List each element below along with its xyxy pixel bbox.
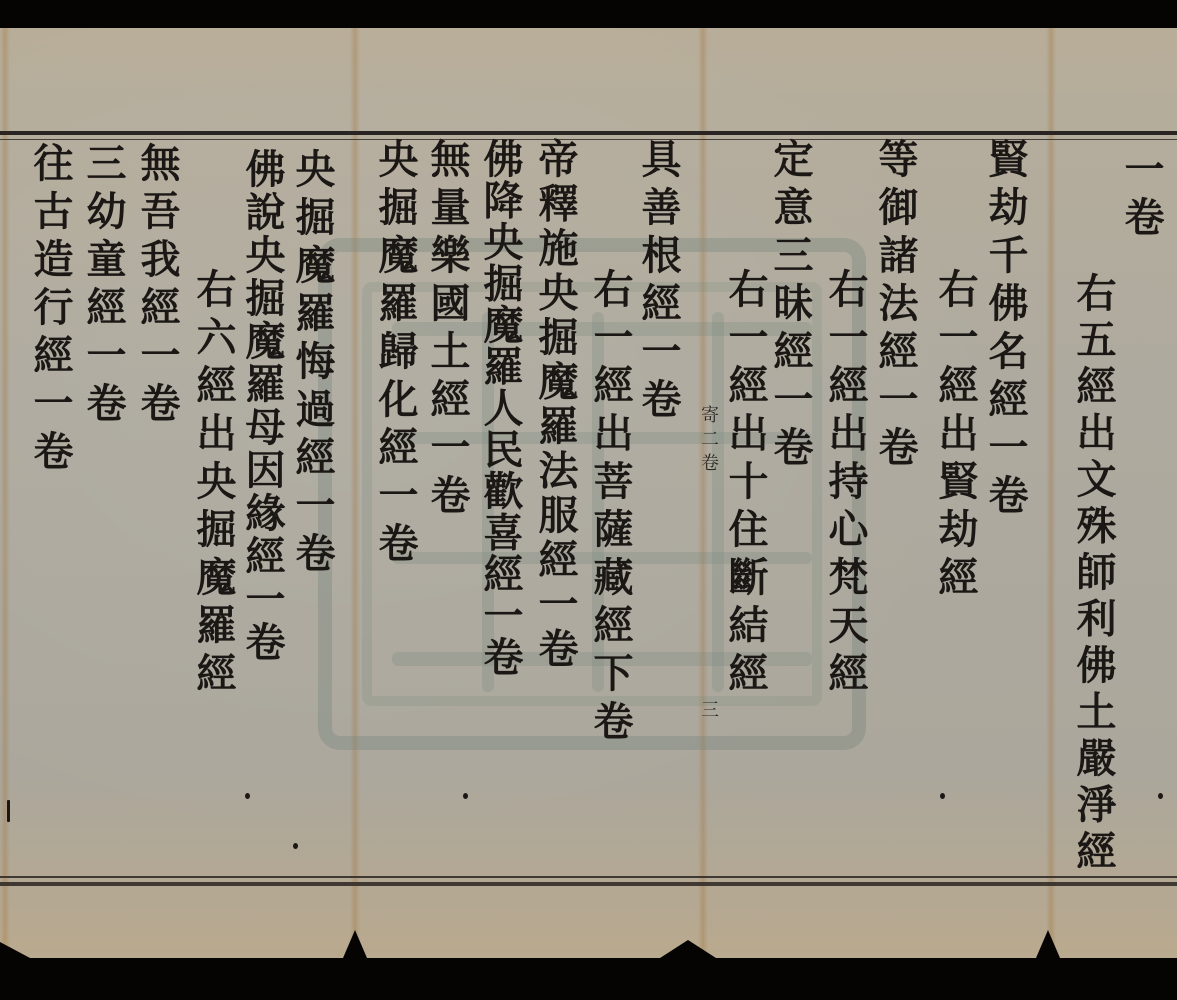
text-column-sutra-title: 往古造行經一卷 — [27, 142, 73, 478]
torn-edge — [1036, 930, 1060, 958]
text-column-sutra-title: 佛降央掘魔羅人民歡喜經一卷 — [477, 138, 523, 678]
page-number: 三 — [698, 700, 718, 724]
text-column-sutra-title: 等御諸法經一卷 — [872, 138, 918, 474]
text-column-source-note: 右一經出菩薩藏經下卷 — [587, 268, 633, 748]
bottom-border-thin — [0, 876, 1177, 878]
ink-dot — [1158, 793, 1163, 799]
ink-dot — [1102, 843, 1107, 849]
torn-edge — [343, 930, 367, 958]
torn-edge — [0, 942, 30, 958]
top-border-thick — [0, 131, 1177, 135]
text-column-source-note: 右五經出文殊師利佛土嚴淨經 — [1070, 272, 1116, 877]
text-column-volume-suffix: 一卷 — [1118, 148, 1164, 244]
text-column-sutra-title: 具善根經一卷 — [635, 138, 681, 426]
text-column-sutra-title: 三幼童經一卷 — [80, 142, 126, 430]
bottom-border-thick — [0, 882, 1177, 886]
text-column-sutra-title: 央掘魔羅歸化經一卷 — [372, 138, 418, 570]
text-column-source-note: 右六經出央掘魔羅經 — [190, 268, 236, 700]
ink-dot — [463, 793, 468, 799]
ink-dot — [293, 843, 298, 849]
text-column-sutra-title: 佛說央掘魔羅母因緣經一卷 — [239, 148, 285, 664]
text-column-source-note: 右一經出賢劫經 — [932, 268, 978, 604]
torn-edge — [660, 940, 716, 958]
margin-note: 寄二卷 — [698, 405, 718, 477]
text-column-sutra-title: 帝釋施央掘魔羅法服經一卷 — [532, 138, 578, 672]
text-column-sutra-title: 央掘魔羅悔過經一卷 — [289, 148, 335, 580]
ink-dot — [245, 793, 250, 799]
text-column-sutra-title: 無吾我經一卷 — [134, 142, 180, 430]
ink-mark — [7, 800, 10, 822]
fold-line — [1046, 28, 1056, 958]
text-column-source-note: 右一經出十住斷結經 — [722, 268, 768, 700]
text-column-source-note: 右一經出持心梵天經 — [822, 268, 868, 700]
text-column-sutra-title: 無量樂國土經一卷 — [424, 138, 470, 522]
text-column-sutra-title: 賢劫千佛名經一卷 — [982, 138, 1028, 522]
text-column-sutra-title: 定意三昧經一卷 — [767, 138, 813, 474]
ink-dot — [940, 793, 945, 799]
